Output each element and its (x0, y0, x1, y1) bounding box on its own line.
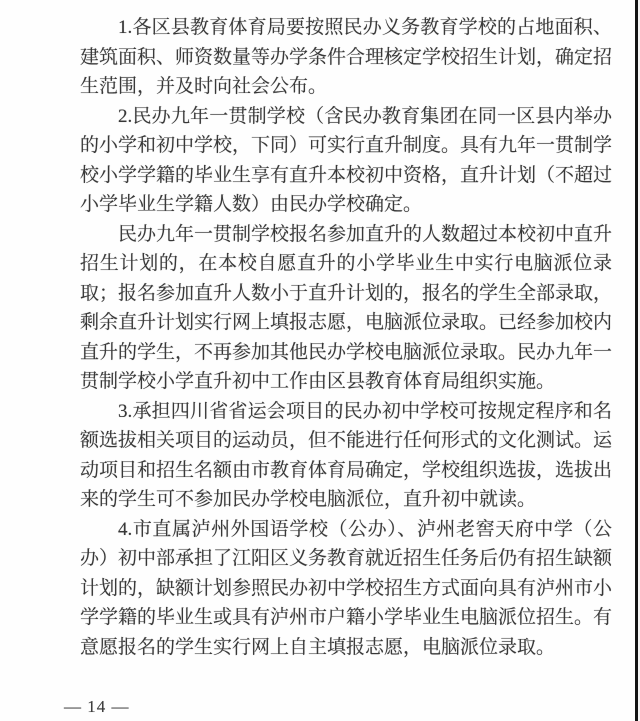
page-number: — 14 — (64, 697, 130, 717)
document-body: 1.各区县教育体育局要按照民办义务教育学校的占地面积、建筑面积、师资数量等办学条… (80, 13, 612, 662)
paragraph-3: 民办九年一贯制学校报名参加直升的人数超过本校初中直升招生计划的，在本校自愿直升的… (80, 220, 612, 397)
paragraph-1: 1.各区县教育体育局要按照民办义务教育学校的占地面积、建筑面积、师资数量等办学条… (80, 13, 612, 102)
scanned-document-page: 1.各区县教育体育局要按照民办义务教育学校的占地面积、建筑面积、师资数量等办学条… (0, 0, 640, 721)
paragraph-2: 2.民办九年一贯制学校（含民办教育集团在同一区县内举办的小学和初中学校，下同）可… (80, 102, 612, 220)
paragraph-5: 4.市直属泸州外国语学校（公办）、泸州老窖天府中学（公办）初中部承担了江阳区义务… (80, 515, 612, 663)
paragraph-4: 3.承担四川省省运会项目的民办初中学校可按规定程序和名额选拔相关项目的运动员，但… (80, 397, 612, 515)
